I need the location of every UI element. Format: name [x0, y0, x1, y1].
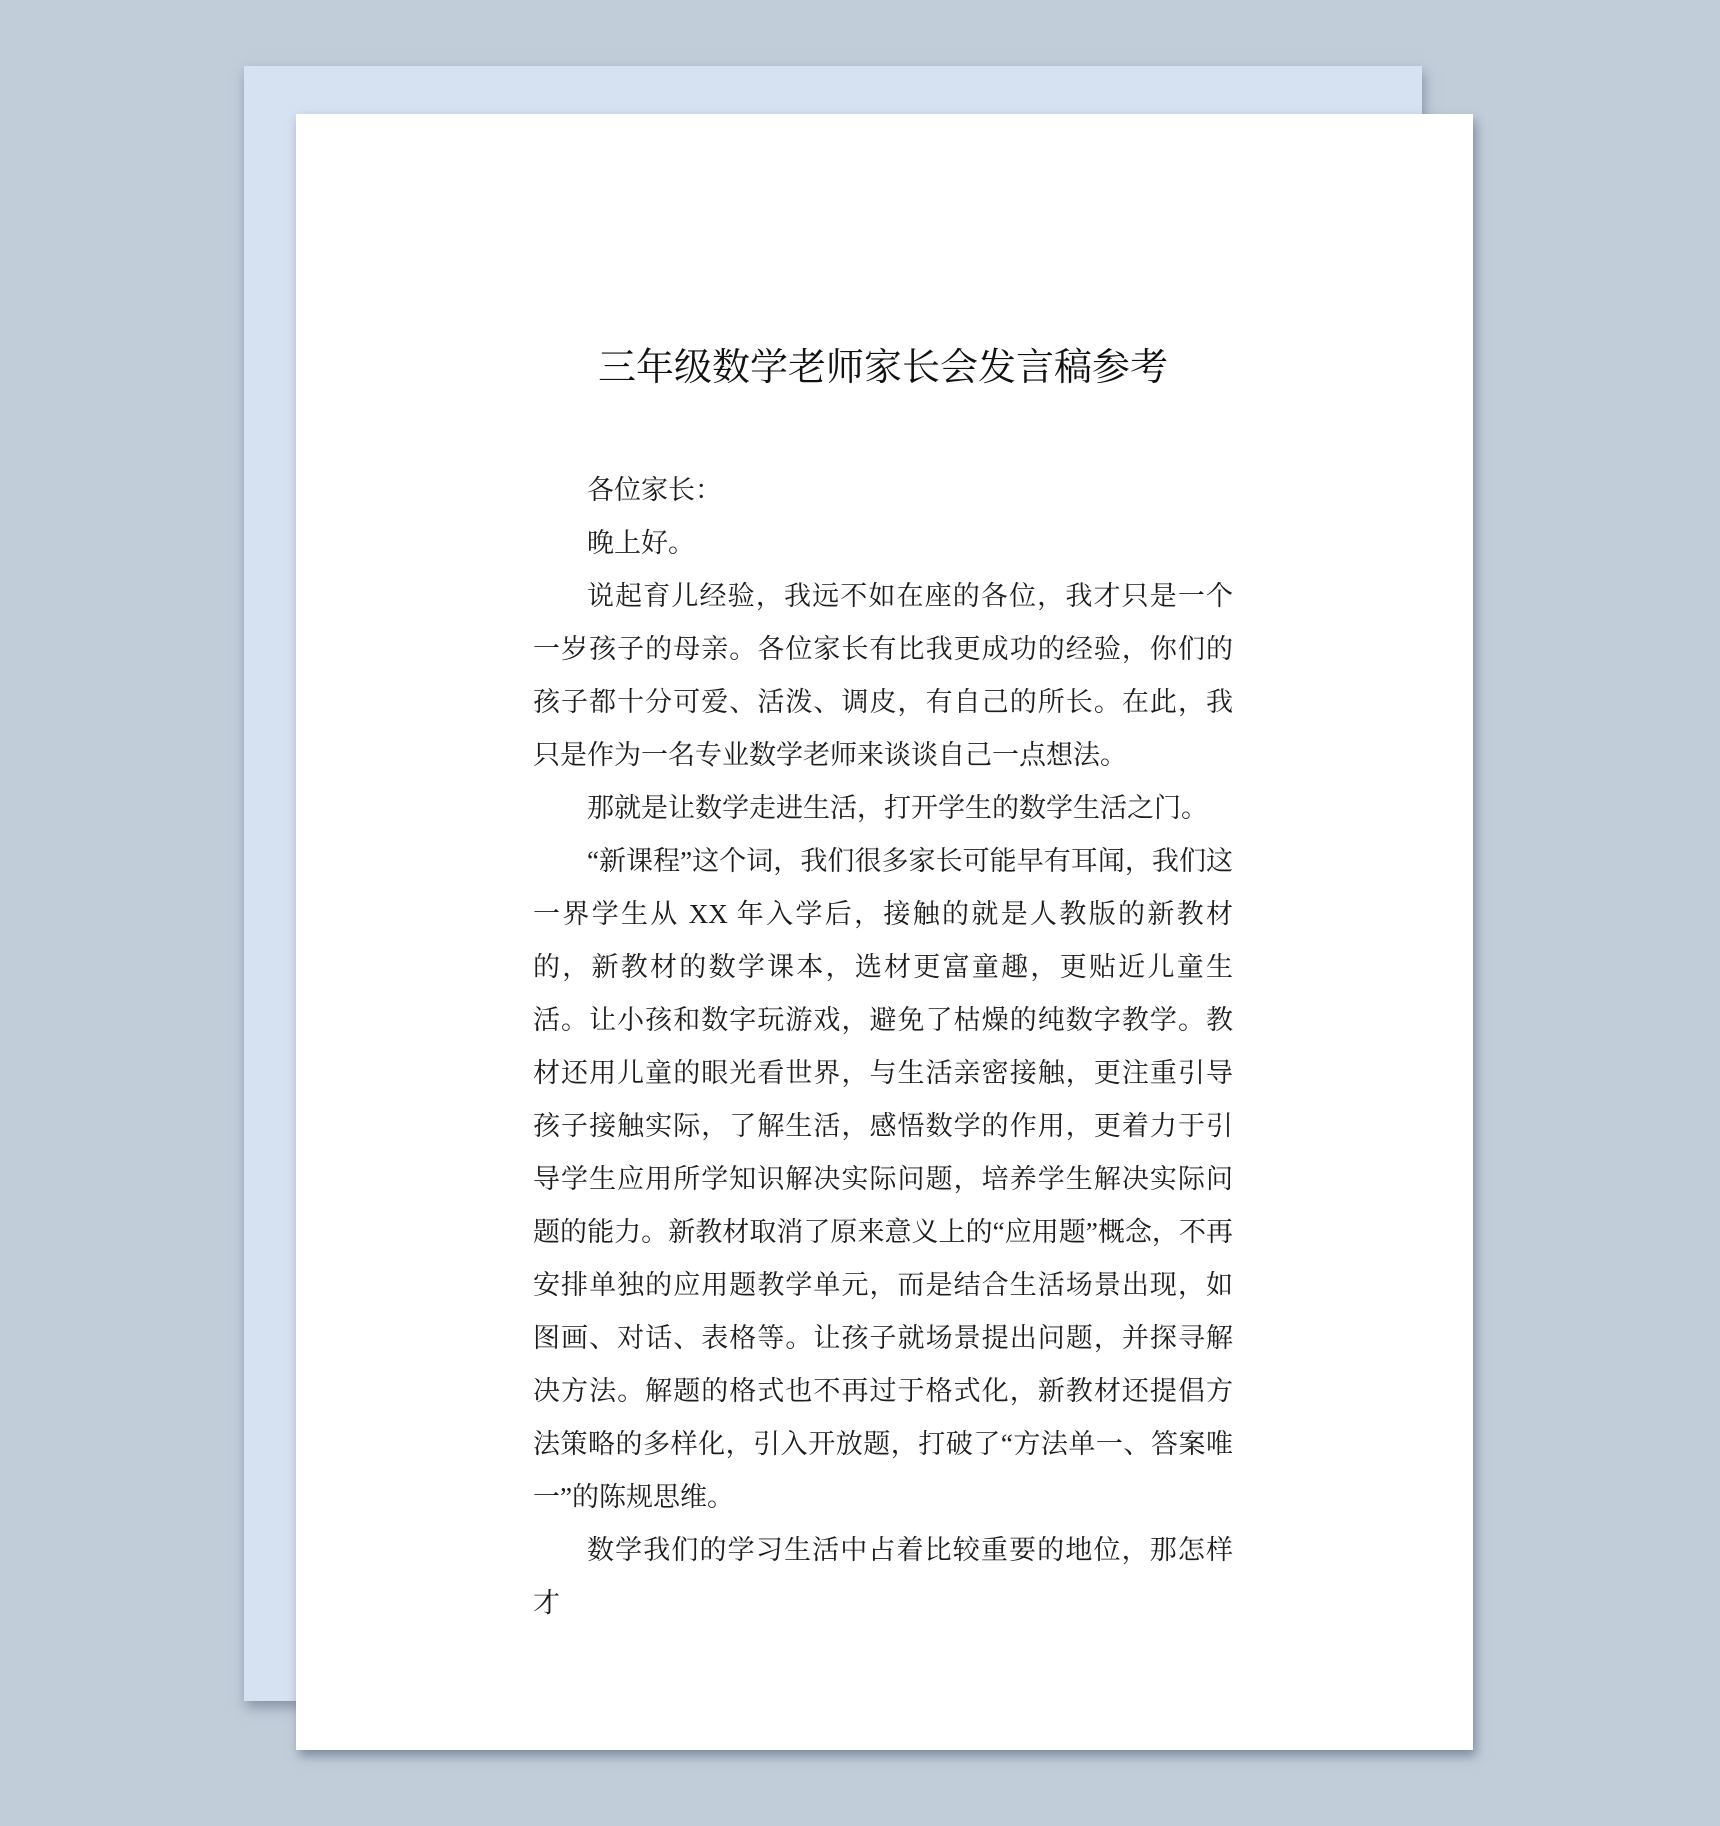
paragraph-greeting: 晚上好。 [533, 517, 1233, 570]
paragraph: 说起育儿经验，我远不如在座的各位，我才只是一个一岁孩子的母亲。各位家长有比我更成… [533, 570, 1233, 782]
document-body: 各位家长： 晚上好。 说起育儿经验，我远不如在座的各位，我才只是一个一岁孩子的母… [533, 464, 1233, 1630]
document-page: 三年级数学老师家长会发言稿参考 各位家长： 晚上好。 说起育儿经验，我远不如在座… [296, 114, 1473, 1750]
document-title: 三年级数学老师家长会发言稿参考 [533, 344, 1233, 392]
paragraph: 那就是让数学走进生活，打开学生的数学生活之门。 [533, 782, 1233, 835]
paragraph: “新课程”这个词，我们很多家长可能早有耳闻，我们这一界学生从 XX 年入学后，接… [533, 835, 1233, 1524]
paragraph-salutation: 各位家长： [533, 464, 1233, 517]
paragraph: 数学我们的学习生活中占着比较重要的地位，那怎样才 [533, 1524, 1233, 1630]
